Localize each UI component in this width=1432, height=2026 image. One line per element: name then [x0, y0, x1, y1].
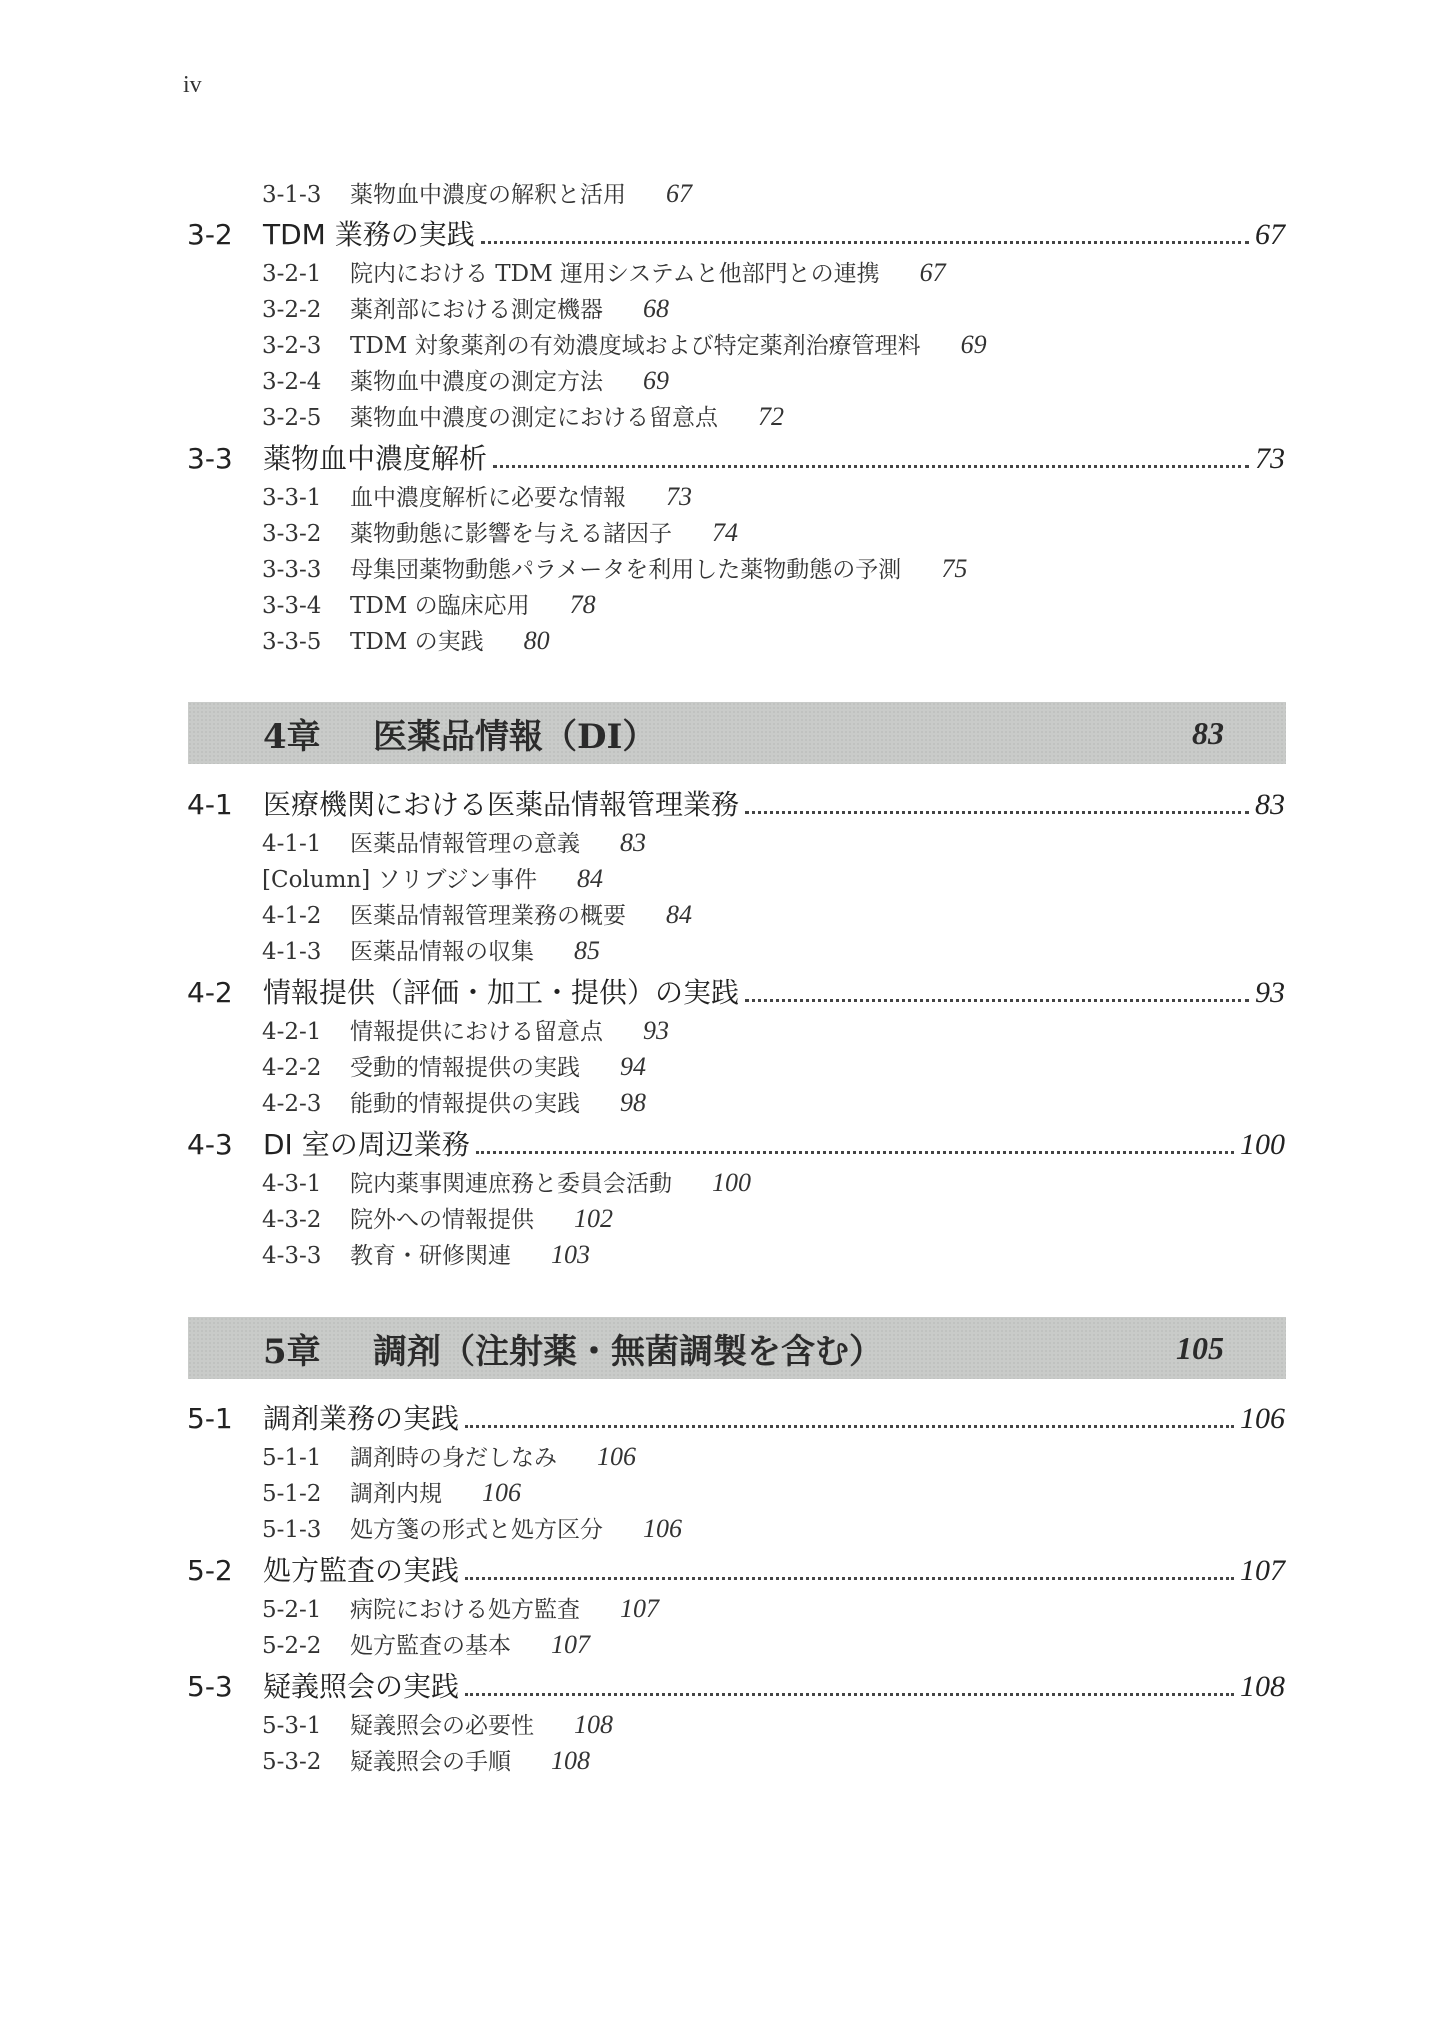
entry-title: 疑義照会の実践 [263, 1665, 459, 1705]
entry-title: 受動的情報提供の実践 [350, 1055, 580, 1081]
entry-page: 108 [1240, 1670, 1285, 1704]
entry-number: 5-1 [187, 1402, 263, 1435]
toc-section[interactable]: 5-1調剤業務の実践106 [187, 1397, 1285, 1437]
entry-page: 67 [666, 179, 692, 208]
entry-title: 院外への情報提供 [350, 1207, 534, 1233]
entry-title: 調剤業務の実践 [263, 1397, 459, 1437]
dot-leader [493, 465, 1249, 468]
entry-number: 5-1-3 [262, 1517, 350, 1543]
entry-page: 68 [643, 294, 669, 323]
entry-page: 100 [712, 1168, 751, 1197]
entry-number: 4-2-2 [262, 1055, 350, 1081]
entry-title: TDM の臨床応用 [350, 593, 530, 619]
toc-section[interactable]: 5-3疑義照会の実践108 [187, 1665, 1285, 1705]
toc-subsection[interactable]: 4-1-2医薬品情報管理業務の概要84 [262, 897, 1432, 930]
entry-number: 5-3 [187, 1670, 263, 1703]
dot-leader [745, 811, 1249, 814]
entry-title: 能動的情報提供の実践 [350, 1091, 580, 1117]
toc-subsection[interactable]: 5-2-2処方監査の基本107 [262, 1627, 1432, 1660]
entry-title: 薬物血中濃度の解釈と活用 [350, 182, 626, 208]
entry-number: 5-1-2 [262, 1481, 350, 1507]
entry-number: 3-3 [187, 442, 263, 475]
entry-title: 医薬品情報の収集 [350, 939, 534, 965]
toc-section[interactable]: 4-2情報提供（評価・加工・提供）の実践93 [187, 971, 1285, 1011]
entry-page: 107 [620, 1594, 659, 1623]
chapter-page: 83 [1192, 715, 1224, 752]
dot-leader [465, 1577, 1234, 1580]
entry-number: 4-3-2 [262, 1207, 350, 1233]
toc-subsection[interactable]: 3-3-3母集団薬物動態パラメータを利用した薬物動態の予測75 [262, 551, 1432, 584]
entry-number: 4-1-3 [262, 939, 350, 965]
entry-page: 69 [643, 366, 669, 395]
dot-leader [476, 1151, 1234, 1154]
toc-subsection[interactable]: 3-3-1血中濃度解析に必要な情報73 [262, 479, 1432, 512]
entry-number: 3-2-5 [262, 405, 350, 431]
entry-page: 69 [961, 330, 987, 359]
toc-subsection[interactable]: 5-1-1調剤時の身だしなみ106 [262, 1439, 1432, 1472]
entry-title: 院内薬事関連庶務と委員会活動 [350, 1171, 672, 1197]
chapter-page: 105 [1176, 1330, 1224, 1367]
toc-subsection[interactable]: 4-1-1医薬品情報管理の意義83 [262, 825, 1432, 858]
toc-subsection[interactable]: 5-1-3処方箋の形式と処方区分106 [262, 1511, 1432, 1544]
entry-title: 調剤内規 [350, 1481, 442, 1507]
toc-section[interactable]: 3-3薬物血中濃度解析73 [187, 437, 1285, 477]
toc-subsection[interactable]: 3-3-4TDM の臨床応用78 [262, 587, 1432, 620]
entry-page: 102 [574, 1204, 613, 1233]
toc-subsection[interactable]: 3-1-3薬物血中濃度の解釈と活用67 [262, 176, 1432, 209]
entry-title: 処方箋の形式と処方区分 [350, 1517, 603, 1543]
toc-subsection[interactable]: 5-3-2疑義照会の手順108 [262, 1743, 1432, 1776]
entry-page: 106 [597, 1442, 636, 1471]
entry-page: 78 [570, 590, 596, 619]
entry-title: TDM の実践 [350, 629, 484, 655]
entry-page: 98 [620, 1088, 646, 1117]
entry-number: 5-3-1 [262, 1713, 350, 1739]
dot-leader [745, 999, 1249, 1002]
entry-page: 106 [643, 1514, 682, 1543]
entry-number: 5-1-1 [262, 1445, 350, 1471]
entry-title: DI 室の周辺業務 [263, 1123, 470, 1163]
entry-title: 母集団薬物動態パラメータを利用した薬物動態の予測 [350, 557, 901, 583]
entry-number: 3-3-1 [262, 485, 350, 511]
dot-leader [465, 1693, 1234, 1696]
entry-number: 4-1 [187, 788, 263, 821]
entry-number: 3-2-2 [262, 297, 350, 323]
toc-subsection[interactable]: [Column] ソリブジン事件84 [262, 861, 1432, 894]
toc-subsection[interactable]: 4-2-2受動的情報提供の実践94 [262, 1049, 1432, 1082]
entry-number: 3-3-4 [262, 593, 350, 619]
entry-page: 93 [1255, 976, 1285, 1010]
entry-page: 83 [1255, 788, 1285, 822]
entry-number: 3-2-3 [262, 333, 350, 359]
entry-number: 5-3-2 [262, 1749, 350, 1775]
entry-number: 4-3-1 [262, 1171, 350, 1197]
entry-title: 疑義照会の手順 [350, 1749, 511, 1775]
entry-page: 74 [712, 518, 738, 547]
toc-subsection[interactable]: 5-2-1病院における処方監査107 [262, 1591, 1432, 1624]
entry-title: 薬物血中濃度の測定における留意点 [350, 405, 718, 431]
entry-page: 107 [1240, 1554, 1285, 1588]
entry-title: 医療機関における医薬品情報管理業務 [263, 783, 739, 823]
toc-subsection[interactable]: 4-3-2院外への情報提供102 [262, 1201, 1432, 1234]
toc-subsection[interactable]: 4-2-3能動的情報提供の実践98 [262, 1085, 1432, 1118]
toc-subsection[interactable]: 4-1-3医薬品情報の収集85 [262, 933, 1432, 966]
entry-title: 教育・研修関連 [350, 1243, 511, 1269]
entry-title: 薬物血中濃度解析 [263, 437, 487, 477]
toc-section[interactable]: 5-2処方監査の実践107 [187, 1549, 1285, 1589]
entry-page: 108 [574, 1710, 613, 1739]
entry-number: 4-1-1 [262, 831, 350, 857]
entry-number: 3-2 [187, 218, 263, 251]
entry-number: 4-2 [187, 976, 263, 1009]
entry-page: 72 [758, 402, 784, 431]
entry-title: 病院における処方監査 [350, 1597, 580, 1623]
entry-number: 3-3-2 [262, 521, 350, 547]
chapter-heading: 4章医薬品情報（DI）83 [188, 702, 1286, 764]
entry-page: 80 [524, 626, 550, 655]
entry-title: 院内における TDM 運用システムと他部門との連携 [350, 261, 880, 287]
page-number: iv [183, 72, 202, 99]
entry-page: 73 [666, 482, 692, 511]
entry-number: 4-2-3 [262, 1091, 350, 1117]
entry-title: 調剤時の身だしなみ [350, 1445, 557, 1471]
entry-page: 93 [643, 1016, 669, 1045]
entry-title: TDM 対象薬剤の有効濃度域および特定薬剤治療管理料 [350, 333, 921, 359]
entry-page: 108 [551, 1746, 590, 1775]
dot-leader [481, 241, 1249, 244]
entry-title: 薬物血中濃度の測定方法 [350, 369, 603, 395]
entry-title: 疑義照会の必要性 [350, 1713, 534, 1739]
entry-number: 4-3-3 [262, 1243, 350, 1269]
toc-subsection[interactable]: 5-3-1疑義照会の必要性108 [262, 1707, 1432, 1740]
entry-page: 94 [620, 1052, 646, 1081]
entry-number: 4-2-1 [262, 1019, 350, 1045]
chapter-title: 医薬品情報（DI） [373, 709, 1192, 758]
toc-subsection[interactable]: 3-2-4薬物血中濃度の測定方法69 [262, 363, 1432, 396]
entry-page: 106 [1240, 1402, 1285, 1436]
entry-title: [Column] ソリブジン事件 [262, 867, 537, 893]
entry-number: 3-2-1 [262, 261, 350, 287]
toc-section[interactable]: 3-2TDM 業務の実践67 [187, 213, 1285, 253]
entry-page: 73 [1255, 442, 1285, 476]
entry-page: 100 [1240, 1128, 1285, 1162]
toc-section[interactable]: 4-1医療機関における医薬品情報管理業務83 [187, 783, 1285, 823]
entry-page: 75 [941, 554, 967, 583]
entry-page: 107 [551, 1630, 590, 1659]
toc-subsection[interactable]: 4-3-1院内薬事関連庶務と委員会活動100 [262, 1165, 1432, 1198]
entry-title: TDM 業務の実践 [263, 213, 475, 253]
entry-page: 67 [1255, 218, 1285, 252]
toc-subsection[interactable]: 4-3-3教育・研修関連103 [262, 1237, 1432, 1270]
entry-page: 106 [482, 1478, 521, 1507]
toc-subsection[interactable]: 3-2-1院内における TDM 運用システムと他部門との連携67 [262, 255, 1432, 288]
toc-subsection[interactable]: 3-3-5TDM の実践80 [262, 623, 1432, 656]
entry-number: 5-2 [187, 1554, 263, 1587]
entry-title: 情報提供（評価・加工・提供）の実践 [263, 971, 739, 1011]
entry-page: 84 [666, 900, 692, 929]
chapter-number: 4章 [263, 709, 373, 758]
toc-section[interactable]: 4-3DI 室の周辺業務100 [187, 1123, 1285, 1163]
chapter-heading: 5章調剤（注射薬・無菌調製を含む）105 [188, 1317, 1286, 1379]
entry-title: 薬物動態に影響を与える諸因子 [350, 521, 672, 547]
toc-subsection[interactable]: 4-2-1情報提供における留意点93 [262, 1013, 1432, 1046]
entry-page: 84 [577, 864, 603, 893]
toc-subsection[interactable]: 3-3-2薬物動態に影響を与える諸因子74 [262, 515, 1432, 548]
entry-page: 67 [920, 258, 946, 287]
entry-page: 85 [574, 936, 600, 965]
toc-subsection[interactable]: 5-1-2調剤内規106 [262, 1475, 1432, 1508]
toc-subsection[interactable]: 3-2-2薬剤部における測定機器68 [262, 291, 1432, 324]
chapter-title: 調剤（注射薬・無菌調製を含む） [373, 1324, 1176, 1373]
entry-title: 血中濃度解析に必要な情報 [350, 485, 626, 511]
chapter-number: 5章 [263, 1324, 373, 1373]
entry-title: 処方監査の実践 [263, 1549, 459, 1589]
entry-title: 薬剤部における測定機器 [350, 297, 603, 323]
entry-number: 5-2-1 [262, 1597, 350, 1623]
entry-title: 医薬品情報管理業務の概要 [350, 903, 626, 929]
toc-subsection[interactable]: 3-2-3TDM 対象薬剤の有効濃度域および特定薬剤治療管理料69 [262, 327, 1432, 360]
entry-title: 医薬品情報管理の意義 [350, 831, 580, 857]
entry-number: 3-3-3 [262, 557, 350, 583]
entry-number: 3-1-3 [262, 182, 350, 208]
entry-number: 4-3 [187, 1128, 263, 1161]
entry-number: 3-2-4 [262, 369, 350, 395]
entry-number: 4-1-2 [262, 903, 350, 929]
entry-title: 情報提供における留意点 [350, 1019, 603, 1045]
entry-page: 103 [551, 1240, 590, 1269]
entry-page: 83 [620, 828, 646, 857]
entry-number: 3-3-5 [262, 629, 350, 655]
entry-number: 5-2-2 [262, 1633, 350, 1659]
toc-subsection[interactable]: 3-2-5薬物血中濃度の測定における留意点72 [262, 399, 1432, 432]
entry-title: 処方監査の基本 [350, 1633, 511, 1659]
dot-leader [465, 1425, 1234, 1428]
